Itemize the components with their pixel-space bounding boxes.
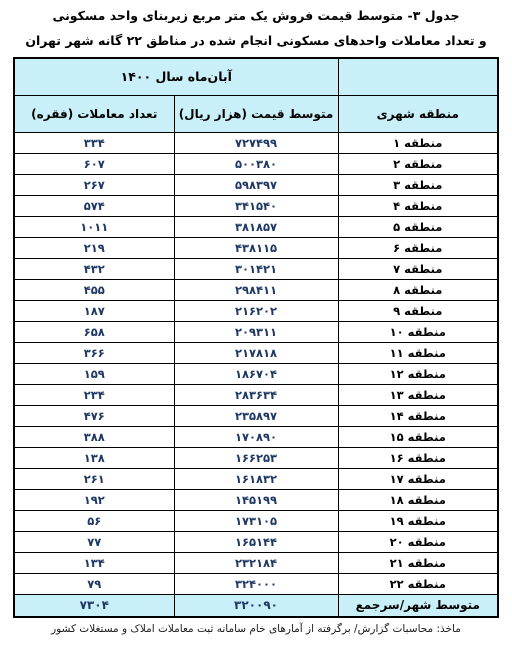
count-cell: ۵۶ xyxy=(14,510,174,531)
table-row: منطقه ۱ ۷۲۷۴۹۹ ۳۳۴ xyxy=(14,132,498,153)
table-row: منطقه ۱۹ ۱۷۳۱۰۵ ۵۶ xyxy=(14,510,498,531)
price-cell: ۱۴۵۱۹۹ xyxy=(174,489,338,510)
region-cell: منطقه ۲۲ xyxy=(338,573,498,594)
table-row: منطقه ۲۱ ۲۳۲۱۸۴ ۱۳۴ xyxy=(14,552,498,573)
count-cell: ۱۸۷ xyxy=(14,300,174,321)
count-cell: ۱۵۹ xyxy=(14,363,174,384)
price-cell: ۲۳۵۸۹۷ xyxy=(174,405,338,426)
count-column-header: تعداد معاملات (فقره) xyxy=(14,95,174,132)
count-cell: ۱۳۴ xyxy=(14,552,174,573)
count-cell: ۶۰۷ xyxy=(14,153,174,174)
table-row: منطقه ۲۰ ۱۶۵۱۴۴ ۷۷ xyxy=(14,531,498,552)
table-row: منطقه ۱۷ ۱۶۱۸۳۲ ۲۶۱ xyxy=(14,468,498,489)
table-row: منطقه ۶ ۴۳۸۱۱۵ ۲۱۹ xyxy=(14,237,498,258)
price-cell: ۴۳۸۱۱۵ xyxy=(174,237,338,258)
table-title-line1: جدول ۳- متوسط قیمت فروش یک متر مربع زیرب… xyxy=(0,7,512,25)
region-cell: منطقه ۷ xyxy=(338,258,498,279)
table-header: آبان‌ماه سال ۱۴۰۰ منطقه شهری متوسط قیمت … xyxy=(14,58,498,132)
price-cell: ۵۹۸۳۹۷ xyxy=(174,174,338,195)
region-cell: منطقه ۱۳ xyxy=(338,384,498,405)
price-cell: ۳۸۱۸۵۷ xyxy=(174,216,338,237)
region-cell: منطقه ۵ xyxy=(338,216,498,237)
table-row: منطقه ۱۱ ۲۱۷۸۱۸ ۳۶۶ xyxy=(14,342,498,363)
price-table: آبان‌ماه سال ۱۴۰۰ منطقه شهری متوسط قیمت … xyxy=(13,57,499,618)
table-row: منطقه ۷ ۳۰۱۴۲۱ ۴۳۲ xyxy=(14,258,498,279)
table-body: منطقه ۱ ۷۲۷۴۹۹ ۳۳۴ منطقه ۲ ۵۰۰۳۸۰ ۶۰۷ من… xyxy=(14,132,498,594)
table-row: منطقه ۹ ۲۱۶۲۰۲ ۱۸۷ xyxy=(14,300,498,321)
source-note: ماخذ: محاسبات گزارش/ برگرفته از آمارهای … xyxy=(0,623,512,635)
region-header-spacer-cell xyxy=(338,58,498,95)
price-cell: ۷۲۷۴۹۹ xyxy=(174,132,338,153)
table-row: منطقه ۱۳ ۲۸۳۶۳۴ ۲۳۴ xyxy=(14,384,498,405)
price-cell: ۳۲۴۰۰۰ xyxy=(174,573,338,594)
count-cell: ۲۶۷ xyxy=(14,174,174,195)
count-cell: ۴۷۶ xyxy=(14,405,174,426)
price-cell: ۳۴۱۵۴۰ xyxy=(174,195,338,216)
region-cell: منطقه ۱۴ xyxy=(338,405,498,426)
table-row: منطقه ۱۵ ۱۷۰۸۹۰ ۳۸۸ xyxy=(14,426,498,447)
count-cell: ۳۶۶ xyxy=(14,342,174,363)
table-row: منطقه ۱۸ ۱۴۵۱۹۹ ۱۹۲ xyxy=(14,489,498,510)
region-cell: منطقه ۱۱ xyxy=(338,342,498,363)
region-cell: منطقه ۴ xyxy=(338,195,498,216)
region-cell: منطقه ۲۱ xyxy=(338,552,498,573)
document-page: جدول ۳- متوسط قیمت فروش یک متر مربع زیرب… xyxy=(0,0,512,664)
region-cell: منطقه ۲۰ xyxy=(338,531,498,552)
price-cell: ۳۰۱۴۲۱ xyxy=(174,258,338,279)
table-row: منطقه ۴ ۳۴۱۵۴۰ ۵۷۴ xyxy=(14,195,498,216)
price-cell: ۱۷۳۱۰۵ xyxy=(174,510,338,531)
price-cell: ۱۷۰۸۹۰ xyxy=(174,426,338,447)
region-cell: منطقه ۱۸ xyxy=(338,489,498,510)
region-cell: منطقه ۱۹ xyxy=(338,510,498,531)
period-header-row: آبان‌ماه سال ۱۴۰۰ xyxy=(14,58,498,95)
count-cell: ۷۹ xyxy=(14,573,174,594)
region-cell: منطقه ۳ xyxy=(338,174,498,195)
count-cell: ۳۳۴ xyxy=(14,132,174,153)
table-row: منطقه ۱۶ ۱۶۶۲۵۳ ۱۳۸ xyxy=(14,447,498,468)
region-cell: منطقه ۱۶ xyxy=(338,447,498,468)
region-cell: منطقه ۱۰ xyxy=(338,321,498,342)
price-cell: ۲۳۲۱۸۴ xyxy=(174,552,338,573)
table-row: منطقه ۸ ۲۹۸۴۱۱ ۴۵۵ xyxy=(14,279,498,300)
summary-price-cell: ۳۲۰۰۹۰ xyxy=(174,594,338,617)
summary-row: متوسط شهر/سرجمع ۳۲۰۰۹۰ ۷۳۰۴ xyxy=(14,594,498,617)
region-cell: منطقه ۲ xyxy=(338,153,498,174)
region-cell: منطقه ۸ xyxy=(338,279,498,300)
table-row: منطقه ۳ ۵۹۸۳۹۷ ۲۶۷ xyxy=(14,174,498,195)
region-cell: منطقه ۱۷ xyxy=(338,468,498,489)
price-cell: ۲۹۸۴۱۱ xyxy=(174,279,338,300)
count-cell: ۱۳۸ xyxy=(14,447,174,468)
price-cell: ۱۶۱۸۳۲ xyxy=(174,468,338,489)
region-cell: منطقه ۱ xyxy=(338,132,498,153)
table-row: منطقه ۱۰ ۲۰۹۳۱۱ ۶۵۸ xyxy=(14,321,498,342)
table-row: منطقه ۱۲ ۱۸۶۷۰۴ ۱۵۹ xyxy=(14,363,498,384)
count-cell: ۱۹۲ xyxy=(14,489,174,510)
summary-region-cell: متوسط شهر/سرجمع xyxy=(338,594,498,617)
table-row: منطقه ۱۴ ۲۳۵۸۹۷ ۴۷۶ xyxy=(14,405,498,426)
count-cell: ۵۷۴ xyxy=(14,195,174,216)
region-cell: منطقه ۱۵ xyxy=(338,426,498,447)
table-row: منطقه ۲۲ ۳۲۴۰۰۰ ۷۹ xyxy=(14,573,498,594)
count-cell: ۴۳۲ xyxy=(14,258,174,279)
summary-count-cell: ۷۳۰۴ xyxy=(14,594,174,617)
count-cell: ۲۳۴ xyxy=(14,384,174,405)
period-header-cell: آبان‌ماه سال ۱۴۰۰ xyxy=(14,58,338,95)
count-cell: ۱۰۱۱ xyxy=(14,216,174,237)
table-row: منطقه ۵ ۳۸۱۸۵۷ ۱۰۱۱ xyxy=(14,216,498,237)
region-column-header: منطقه شهری xyxy=(338,95,498,132)
count-cell: ۲۶۱ xyxy=(14,468,174,489)
price-cell: ۲۸۳۶۳۴ xyxy=(174,384,338,405)
price-cell: ۲۱۷۸۱۸ xyxy=(174,342,338,363)
price-cell: ۱۸۶۷۰۴ xyxy=(174,363,338,384)
price-cell: ۵۰۰۳۸۰ xyxy=(174,153,338,174)
count-cell: ۳۸۸ xyxy=(14,426,174,447)
count-cell: ۷۷ xyxy=(14,531,174,552)
price-cell: ۲۱۶۲۰۲ xyxy=(174,300,338,321)
price-cell: ۱۶۶۲۵۳ xyxy=(174,447,338,468)
table-row: منطقه ۲ ۵۰۰۳۸۰ ۶۰۷ xyxy=(14,153,498,174)
column-header-row: منطقه شهری متوسط قیمت (هزار ریال) تعداد … xyxy=(14,95,498,132)
price-cell: ۲۰۹۳۱۱ xyxy=(174,321,338,342)
table-footer: متوسط شهر/سرجمع ۳۲۰۰۹۰ ۷۳۰۴ xyxy=(14,594,498,617)
count-cell: ۲۱۹ xyxy=(14,237,174,258)
region-cell: منطقه ۹ xyxy=(338,300,498,321)
price-cell: ۱۶۵۱۴۴ xyxy=(174,531,338,552)
region-cell: منطقه ۶ xyxy=(338,237,498,258)
region-cell: منطقه ۱۲ xyxy=(338,363,498,384)
price-column-header: متوسط قیمت (هزار ریال) xyxy=(174,95,338,132)
count-cell: ۶۵۸ xyxy=(14,321,174,342)
table-title-line2: و تعداد معاملات واحدهای مسکونی انجام شده… xyxy=(0,32,512,50)
count-cell: ۴۵۵ xyxy=(14,279,174,300)
